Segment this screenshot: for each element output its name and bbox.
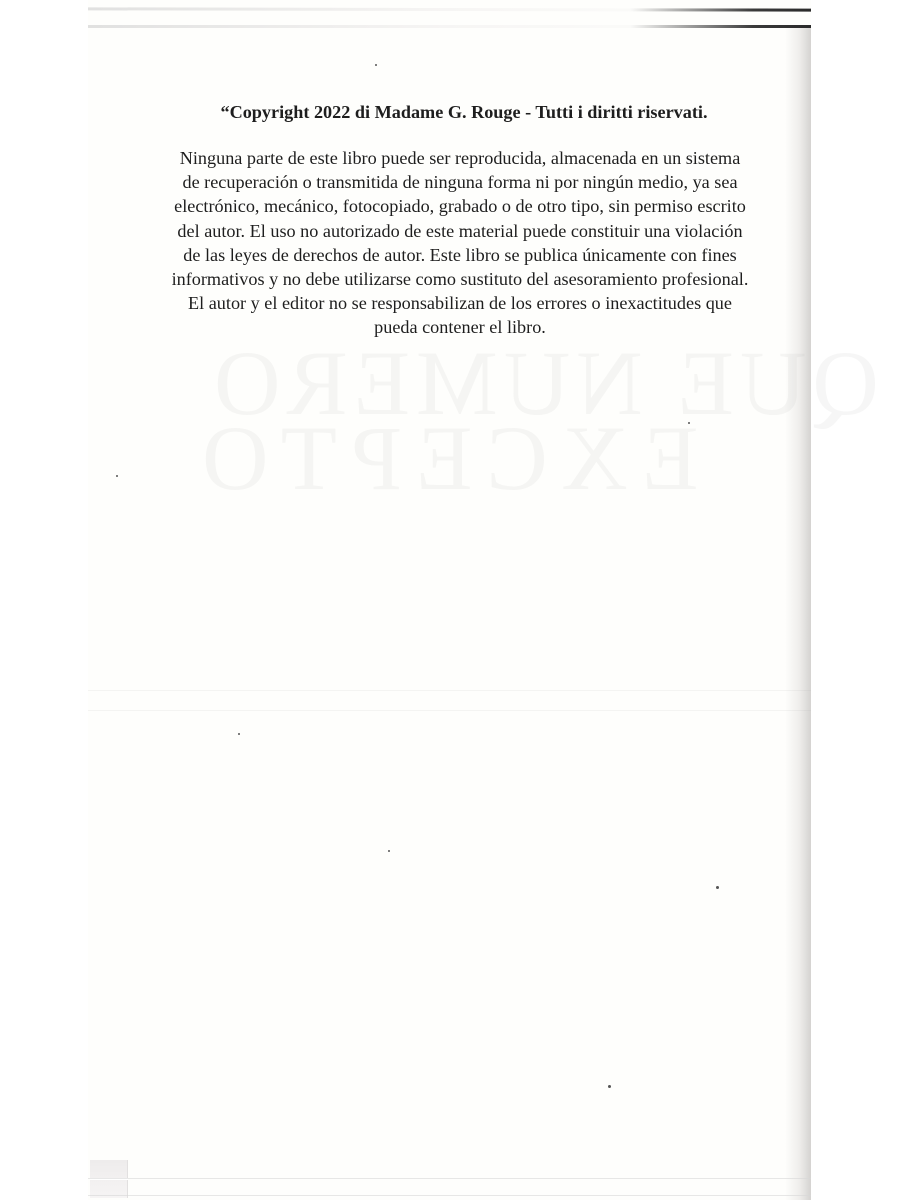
notice-line: de recuperación o transmitida de ninguna… (140, 170, 780, 194)
top-edge-line (88, 25, 811, 28)
notice-line: informativos y no debe utilizarse como s… (140, 267, 780, 291)
bleed-through-rule (88, 710, 811, 711)
copyright-heading: “Copyright 2022 di Madame G. Rouge - Tut… (140, 100, 780, 124)
dust-speck (375, 64, 377, 66)
copyright-paragraph: Ninguna parte de este libro puede ser re… (140, 146, 780, 340)
notice-line: del autor. El uso no autorizado de este … (140, 219, 780, 243)
bleed-through-title: QUE NUMERO (208, 330, 879, 436)
notice-line: pueda contener el libro. (140, 315, 780, 339)
bleed-through-title: EXCEPTO (188, 405, 698, 511)
bleed-through-rule (88, 690, 811, 691)
notice-line: Ninguna parte de este libro puede ser re… (140, 146, 780, 170)
copyright-notice: “Copyright 2022 di Madame G. Rouge - Tut… (140, 100, 780, 340)
bottom-edge-line (88, 1178, 811, 1179)
corner-tab-artifact (90, 1160, 128, 1198)
right-edge-shadow (785, 28, 811, 1200)
dust-speck (716, 886, 719, 889)
dust-speck (238, 733, 240, 735)
notice-line: El autor y el editor no se responsabiliz… (140, 291, 780, 315)
bottom-edge-line (88, 1195, 811, 1196)
notice-line: de las leyes de derechos de autor. Este … (140, 243, 780, 267)
dust-speck (388, 850, 390, 852)
notice-line: electrónico, mecánico, fotocopiado, grab… (140, 194, 780, 218)
dust-speck (688, 422, 690, 424)
dust-speck (608, 1085, 611, 1088)
top-edge-line (88, 7, 811, 11)
dust-speck (116, 475, 118, 477)
